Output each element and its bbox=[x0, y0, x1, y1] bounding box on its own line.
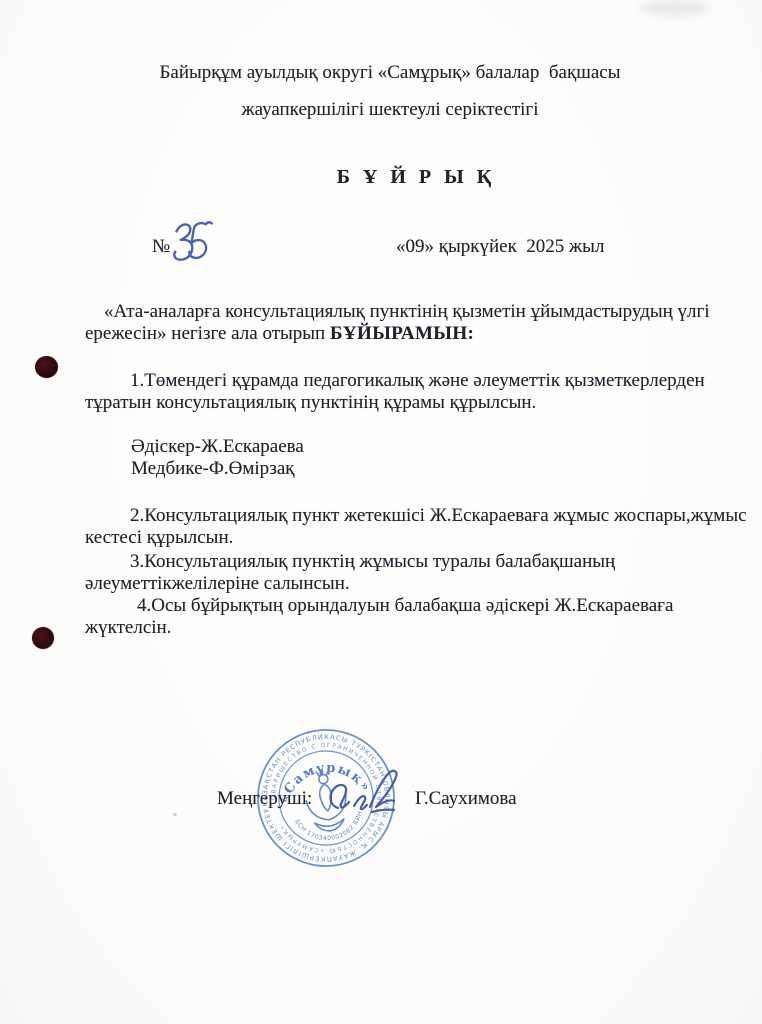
document-title: Б Ұ Й Р Ы Қ bbox=[70, 166, 762, 188]
signatory-role-label: Меңгеруші: bbox=[217, 788, 312, 810]
scanned-document-page: Байырқұм ауылдық округі «Самұрық» балала… bbox=[0, 0, 762, 1024]
item1-line2: тұратын консультациялық пунктінің құрамы… bbox=[85, 392, 536, 414]
scan-speck bbox=[173, 813, 177, 816]
item4-line2: жүктелсін. bbox=[85, 617, 171, 639]
item1-line1: 1.Төмендегі құрамда педагогикалық және ә… bbox=[130, 370, 705, 392]
staff-member-1: Әдіскер-Ж.Ескараева bbox=[131, 436, 304, 458]
item3-line1: 3.Консультациялық пунктің жұмысы туралы … bbox=[130, 551, 615, 573]
item4-line1: 4.Осы бұйрықтың орындалуын балабақша әді… bbox=[137, 595, 673, 617]
item2-line2: кестесі құрылсын. bbox=[85, 527, 233, 549]
org-name-line2: жауапкершілігі шектеулі серіктестігі bbox=[9, 99, 762, 121]
handwritten-signature bbox=[314, 760, 424, 826]
order-verb-bold: БҰЙЫРАМЫН: bbox=[330, 323, 474, 344]
preamble-line2: ережесін» негізге ала отырып БҰЙЫРАМЫН: bbox=[85, 323, 474, 345]
hole-punch-mark-top bbox=[35, 356, 58, 378]
order-date: «09» қыркүйек 2025 жыл bbox=[396, 236, 604, 258]
signatory-name: Г.Саухимова bbox=[415, 788, 517, 810]
hole-punch-mark-bottom bbox=[32, 627, 54, 649]
scan-smudge bbox=[640, 0, 710, 16]
item3-line2: әлеуметтікжелілеріне салынсын. bbox=[85, 573, 350, 595]
staff-member-2: Медбике-Ф.Өмірзақ bbox=[131, 458, 295, 480]
item2-line1: 2.Консультациялық пункт жетекшісі Ж.Еска… bbox=[130, 505, 747, 527]
org-name-line1: Байырқұм ауылдық округі «Самұрық» балала… bbox=[9, 62, 762, 84]
preamble-line1: «Ата-аналарға консультациялық пунктінің … bbox=[104, 301, 710, 323]
handwritten-order-number bbox=[166, 217, 224, 267]
preamble-line2-text: ережесін» негізге ала отырып bbox=[85, 323, 330, 344]
